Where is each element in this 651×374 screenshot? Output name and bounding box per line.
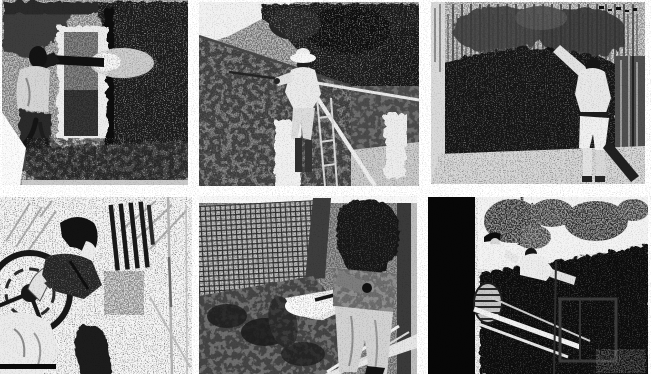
photo-collage: [0, 0, 651, 374]
collage-svg: [0, 0, 651, 374]
scan-grain-overlay: [0, 0, 651, 374]
